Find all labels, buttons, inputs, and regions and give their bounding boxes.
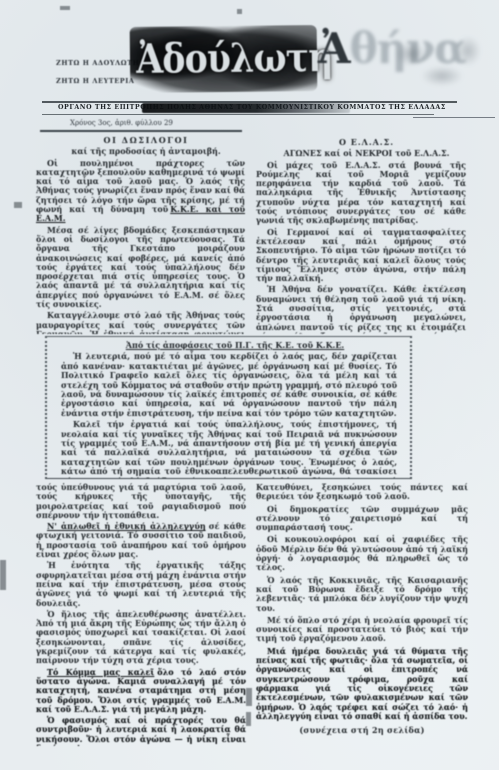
paragraph: Τό Κόμμα μας καλεῖὅλο τό λαό στόν ὕστατο… [36,668,246,714]
paragraph: Οἱ πουλημένοι πράχτορες τῶν καταχτητῶν ξ… [36,159,245,224]
article-heading-left: ΟΙ ΔΩΣΙΛΟΓΟΙ [36,136,245,145]
paragraph: Κατευθύνει, ξεσηκώνει τούς πάντες καί θε… [256,483,468,502]
paragraph: Μέ τό ὅπλο στό χέρι ἡ νεολαία φρουρεῖ τί… [256,616,468,644]
article-heading-right: Ο Ε.Λ.Α.Σ. [256,138,466,147]
issue-line: Χρόνος 3ος, ἀριθ. φύλλου 29 [40,117,242,132]
ink-smudge [455,36,481,66]
masthead-ink-blob: Ἀδούλωτη [130,25,318,93]
column-left-top: ΟΙ ΔΩΣΙΛΟΓΟΙ καί τῆς προδοσίας ἡ ἀνταμοι… [36,136,245,334]
paragraph: Ἡ Ἀθήνα δέν γονατίζει. Κάθε ἐκτέλεση δυν… [256,285,466,334]
paragraph: Ν' ἁπλωθεῖ ἡ ἐθνική ἀλληλεγγύησέ κάθε φτ… [36,522,246,559]
header-rule-bottom [42,114,434,115]
paragraph: Μιά ἡμέρα δουλειᾶς γιά τά θύματα τῆς πεί… [256,647,468,721]
continuation-note-right: (συνέχεια στή 2η σελίδα) [256,726,468,735]
paragraph: Οἱ κουκουλοφόροι καί οἱ χαφιέδες τῆς ὁδο… [256,535,468,572]
column-right-bottom: Κατευθύνει, ξεσηκώνει τούς πάντες καί θε… [256,483,468,738]
scan-edge-smudge [246,688,252,706]
newspaper-title: Ἀδούλωτη [136,22,333,93]
ink-smudge [421,66,463,86]
title-second-word-initial: Ἀ [318,24,350,73]
paragraph: Ὁ ἥλιος τῆς ἀπελευθέρωσης ἀνατέλλει. Ἀπό… [36,610,246,666]
column-left-bottom: τούς ὑπεύθυνους γιά τά μαρτύρια τοῦ λαοῦ… [36,483,246,746]
scan-edge-smudge [246,712,251,726]
column-right-top: Ο Ε.Λ.Α.Σ. ΑΓΩΝΕΣ καί οἱ ΝΕΚΡΟΙ τοῦ Ε.Λ.… [256,138,466,334]
scan-edge-smudge [0,560,6,590]
article-subheading-right: ΑΓΩΝΕΣ καί οἱ ΝΕΚΡΟΙ τοῦ Ε.Λ.Α.Σ. [256,149,466,158]
paragraph: Καλεῖ τήν ἐργατιά καί τούς ὑπαλλήλους, τ… [61,420,397,479]
article-subheading-left: καί τῆς προδοσίας ἡ ἀνταμοιβή. [36,147,245,156]
paragraph: τούς ὑπεύθυνους γιά τά μαρτύρια τοῦ λαοῦ… [36,483,246,520]
paragraph: Ἡ λευτεριά, πού μέ τό αἷμα του κερδίζει … [61,352,397,418]
scanned-newspaper-page: ΖΗΤΩ Η ΑΔΟΥΛΩΤΗ ΖΗΤΩ Η ΛΕΥΤΕΡΙΑ Ἀδούλωτη… [0,0,499,770]
ink-smudge [396,42,426,66]
paragraph: Ὁ φασισμός καί οἱ πράχτορές του θά συντρ… [36,716,246,746]
header-rule-right-segment [413,117,495,118]
scan-speckle [60,6,70,10]
paragraph: Καταγγέλλουμε στό λαό τῆς Ἀθήνας τούς μα… [36,311,245,334]
scan-speckle [14,202,22,208]
paragraph: Ὁ λαός τῆς Κοκκινιᾶς, τῆς Καισαριανῆς κα… [256,576,468,613]
decisions-box-heading: Ἀπό τίς ἀποφάσεις τοῦ Π.Γ. τῆς Κ.Ε. τοῦ … [61,341,397,350]
scan-speckle [237,9,242,14]
paragraph: Οἱ δημοκρατίες τῶν συμμάχων μᾶς στέλνουν… [256,505,468,533]
paragraph: Ἡ ἑνότητα τῆς ἐργατικῆς τάξης σφυρηλατεῖ… [36,561,246,607]
paragraph: Οἱ μάχες τοῦ Ε.Λ.Α.Σ. στά βουνά τῆς Ρούμ… [256,161,466,226]
decisions-box: Ἀπό τίς ἀποφάσεις τοῦ Π.Γ. τῆς Κ.Ε. τοῦ … [45,336,412,479]
paragraph: Οἱ Γερμανοί καί οἱ ταγματασφαλίτες ἐκτέλ… [256,228,466,284]
ink-smear [142,103,350,113]
paragraph: Μέσα σέ λίγες βδομάδες ξεσκεπάστηκαν ὅλο… [36,226,245,310]
